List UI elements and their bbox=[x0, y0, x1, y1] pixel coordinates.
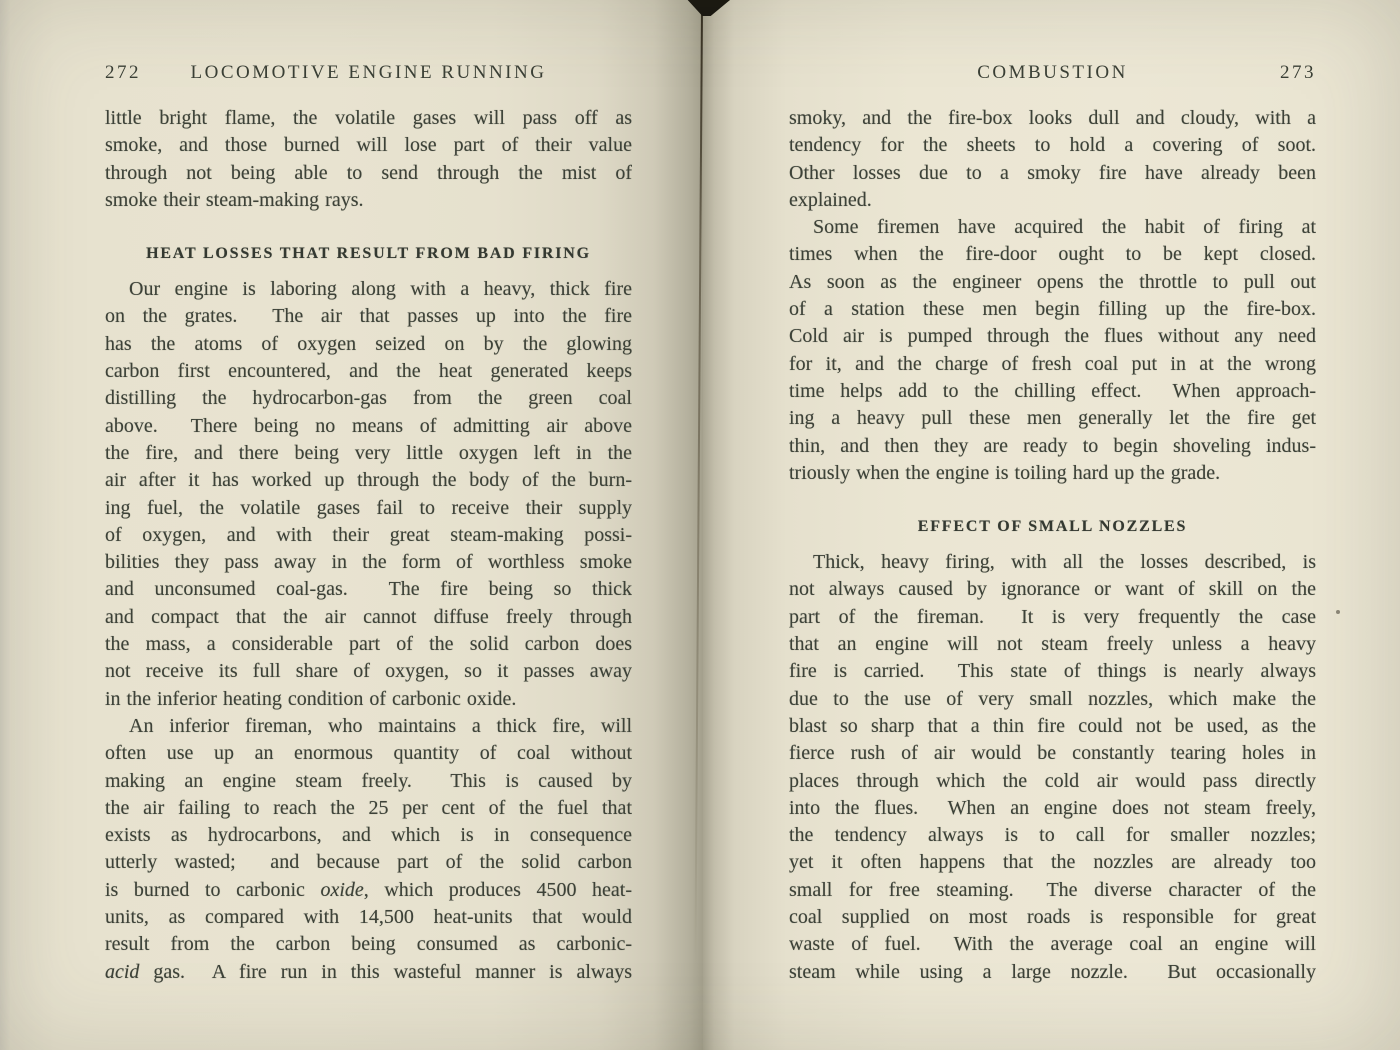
text-line: waste of fuel. With the average coal an … bbox=[789, 931, 1316, 958]
text-line: Other losses due to a smoky fire have al… bbox=[789, 160, 1316, 187]
text-line: not always caused by ignorance or want o… bbox=[789, 576, 1316, 603]
right-page-header: COMBUSTION 273 bbox=[789, 62, 1316, 88]
text-line: ing fuel, the volatile gases fail to rec… bbox=[105, 495, 632, 522]
text-line: An inferior fireman, who maintains a thi… bbox=[105, 713, 632, 740]
text-line: As soon as the engineer opens the thrott… bbox=[789, 269, 1316, 296]
text-line: Some firemen have acquired the habit of … bbox=[789, 214, 1316, 241]
text-line: steam while using a large nozzle. But oc… bbox=[789, 959, 1316, 986]
text-line: time helps add to the chilling effect. W… bbox=[789, 378, 1316, 405]
text-line: making an engine steam freely. This is c… bbox=[105, 768, 632, 795]
left-page-body: little bright flame, the volatile gases … bbox=[105, 105, 632, 986]
section-heading: HEAT LOSSES THAT RESULT FROM BAD FIRING bbox=[105, 243, 632, 265]
text-line: yet it often happens that the nozzles ar… bbox=[789, 849, 1316, 876]
text-line: result from the carbon being consumed as… bbox=[105, 931, 632, 958]
ink-speck bbox=[1336, 610, 1340, 614]
text-line: triously when the engine is toiling hard… bbox=[789, 460, 1316, 487]
book-spread: 272 LOCOMOTIVE ENGINE RUNNING COMBUSTION… bbox=[0, 0, 1400, 1050]
text-line: above. There being no means of admitting… bbox=[105, 413, 632, 440]
text-line: and compact that the air cannot diffuse … bbox=[105, 604, 632, 631]
text-line: fire is carried. This state of things is… bbox=[789, 658, 1316, 685]
text-line: Our engine is laboring along with a heav… bbox=[105, 276, 632, 303]
text-line: for it, and the charge of fresh coal put… bbox=[789, 351, 1316, 378]
text-line: smoky, and the fire-box looks dull and c… bbox=[789, 105, 1316, 132]
text-line: explained. bbox=[789, 187, 1316, 214]
text-line: not receive its full share of oxygen, so… bbox=[105, 658, 632, 685]
text-line: thin, and then they are ready to begin s… bbox=[789, 433, 1316, 460]
right-page-body: smoky, and the fire-box looks dull and c… bbox=[789, 105, 1316, 986]
text-line: through not being able to send through t… bbox=[105, 160, 632, 187]
text-line: often use up an enormous quantity of coa… bbox=[105, 740, 632, 767]
text-line: due to the use of very small nozzles, wh… bbox=[789, 686, 1316, 713]
text-line: and unconsumed coal-gas. The fire being … bbox=[105, 576, 632, 603]
text-line: the tendency always is to call for small… bbox=[789, 822, 1316, 849]
text-line: blast so sharp that a thin fire could no… bbox=[789, 713, 1316, 740]
text-line: tendency for the sheets to hold a coveri… bbox=[789, 132, 1316, 159]
text-line: on the grates. The air that passes up in… bbox=[105, 303, 632, 330]
text-line: utterly wasted; and because part of the … bbox=[105, 849, 632, 876]
section-heading: EFFECT OF SMALL NOZZLES bbox=[789, 516, 1316, 538]
text-line: times when the fire-door ought to be kep… bbox=[789, 241, 1316, 268]
text-line: distilling the hydrocarbon-gas from the … bbox=[105, 385, 632, 412]
text-line: of oxygen, and with their great steam-ma… bbox=[105, 522, 632, 549]
text-line: the mass, a considerable part of the sol… bbox=[105, 631, 632, 658]
text-line: smoke their steam-making rays. bbox=[105, 187, 632, 214]
text-line: carbon first encountered, and the heat g… bbox=[105, 358, 632, 385]
left-page-header: 272 LOCOMOTIVE ENGINE RUNNING bbox=[105, 62, 632, 88]
text-line: units, as compared with 14,500 heat-unit… bbox=[105, 904, 632, 931]
page-number: 272 bbox=[105, 62, 141, 84]
text-line: little bright flame, the volatile gases … bbox=[105, 105, 632, 132]
text-line: has the atoms of oxygen seized on by the… bbox=[105, 331, 632, 358]
text-line: ing a heavy pull these men generally let… bbox=[789, 405, 1316, 432]
text-line: of a station these men begin filling up … bbox=[789, 296, 1316, 323]
text-line: bilities they pass away in the form of w… bbox=[105, 549, 632, 576]
running-title: LOCOMOTIVE ENGINE RUNNING bbox=[105, 62, 632, 84]
text-line: small for free steaming. The diverse cha… bbox=[789, 877, 1316, 904]
text-line: the air failing to reach the 25 per cent… bbox=[105, 795, 632, 822]
text-line: that an engine will not steam freely unl… bbox=[789, 631, 1316, 658]
text-line: Thick, heavy firing, with all the losses… bbox=[789, 549, 1316, 576]
text-line: exists as hydrocarbons, and which is in … bbox=[105, 822, 632, 849]
text-line: air after it has worked up through the b… bbox=[105, 467, 632, 494]
text-line: Cold air is pumped through the flues wit… bbox=[789, 323, 1316, 350]
text-line: fierce rush of air would be constantly t… bbox=[789, 740, 1316, 767]
text-line: in the inferior heating condition of car… bbox=[105, 686, 632, 713]
text-line: part of the fireman. It is very frequent… bbox=[789, 604, 1316, 631]
text-line: the fire, and there being very little ox… bbox=[105, 440, 632, 467]
text-line: smoke, and those burned will lose part o… bbox=[105, 132, 632, 159]
running-title: COMBUSTION bbox=[789, 62, 1316, 84]
text-line: places through which the cold air would … bbox=[789, 768, 1316, 795]
text-line: into the flues. When an engine does not … bbox=[789, 795, 1316, 822]
text-line: coal supplied on most roads is responsib… bbox=[789, 904, 1316, 931]
page-number: 273 bbox=[1280, 62, 1316, 84]
text-line: is burned to carbonic oxide, which produ… bbox=[105, 877, 632, 904]
text-line: acid gas. A fire run in this wasteful ma… bbox=[105, 959, 632, 986]
